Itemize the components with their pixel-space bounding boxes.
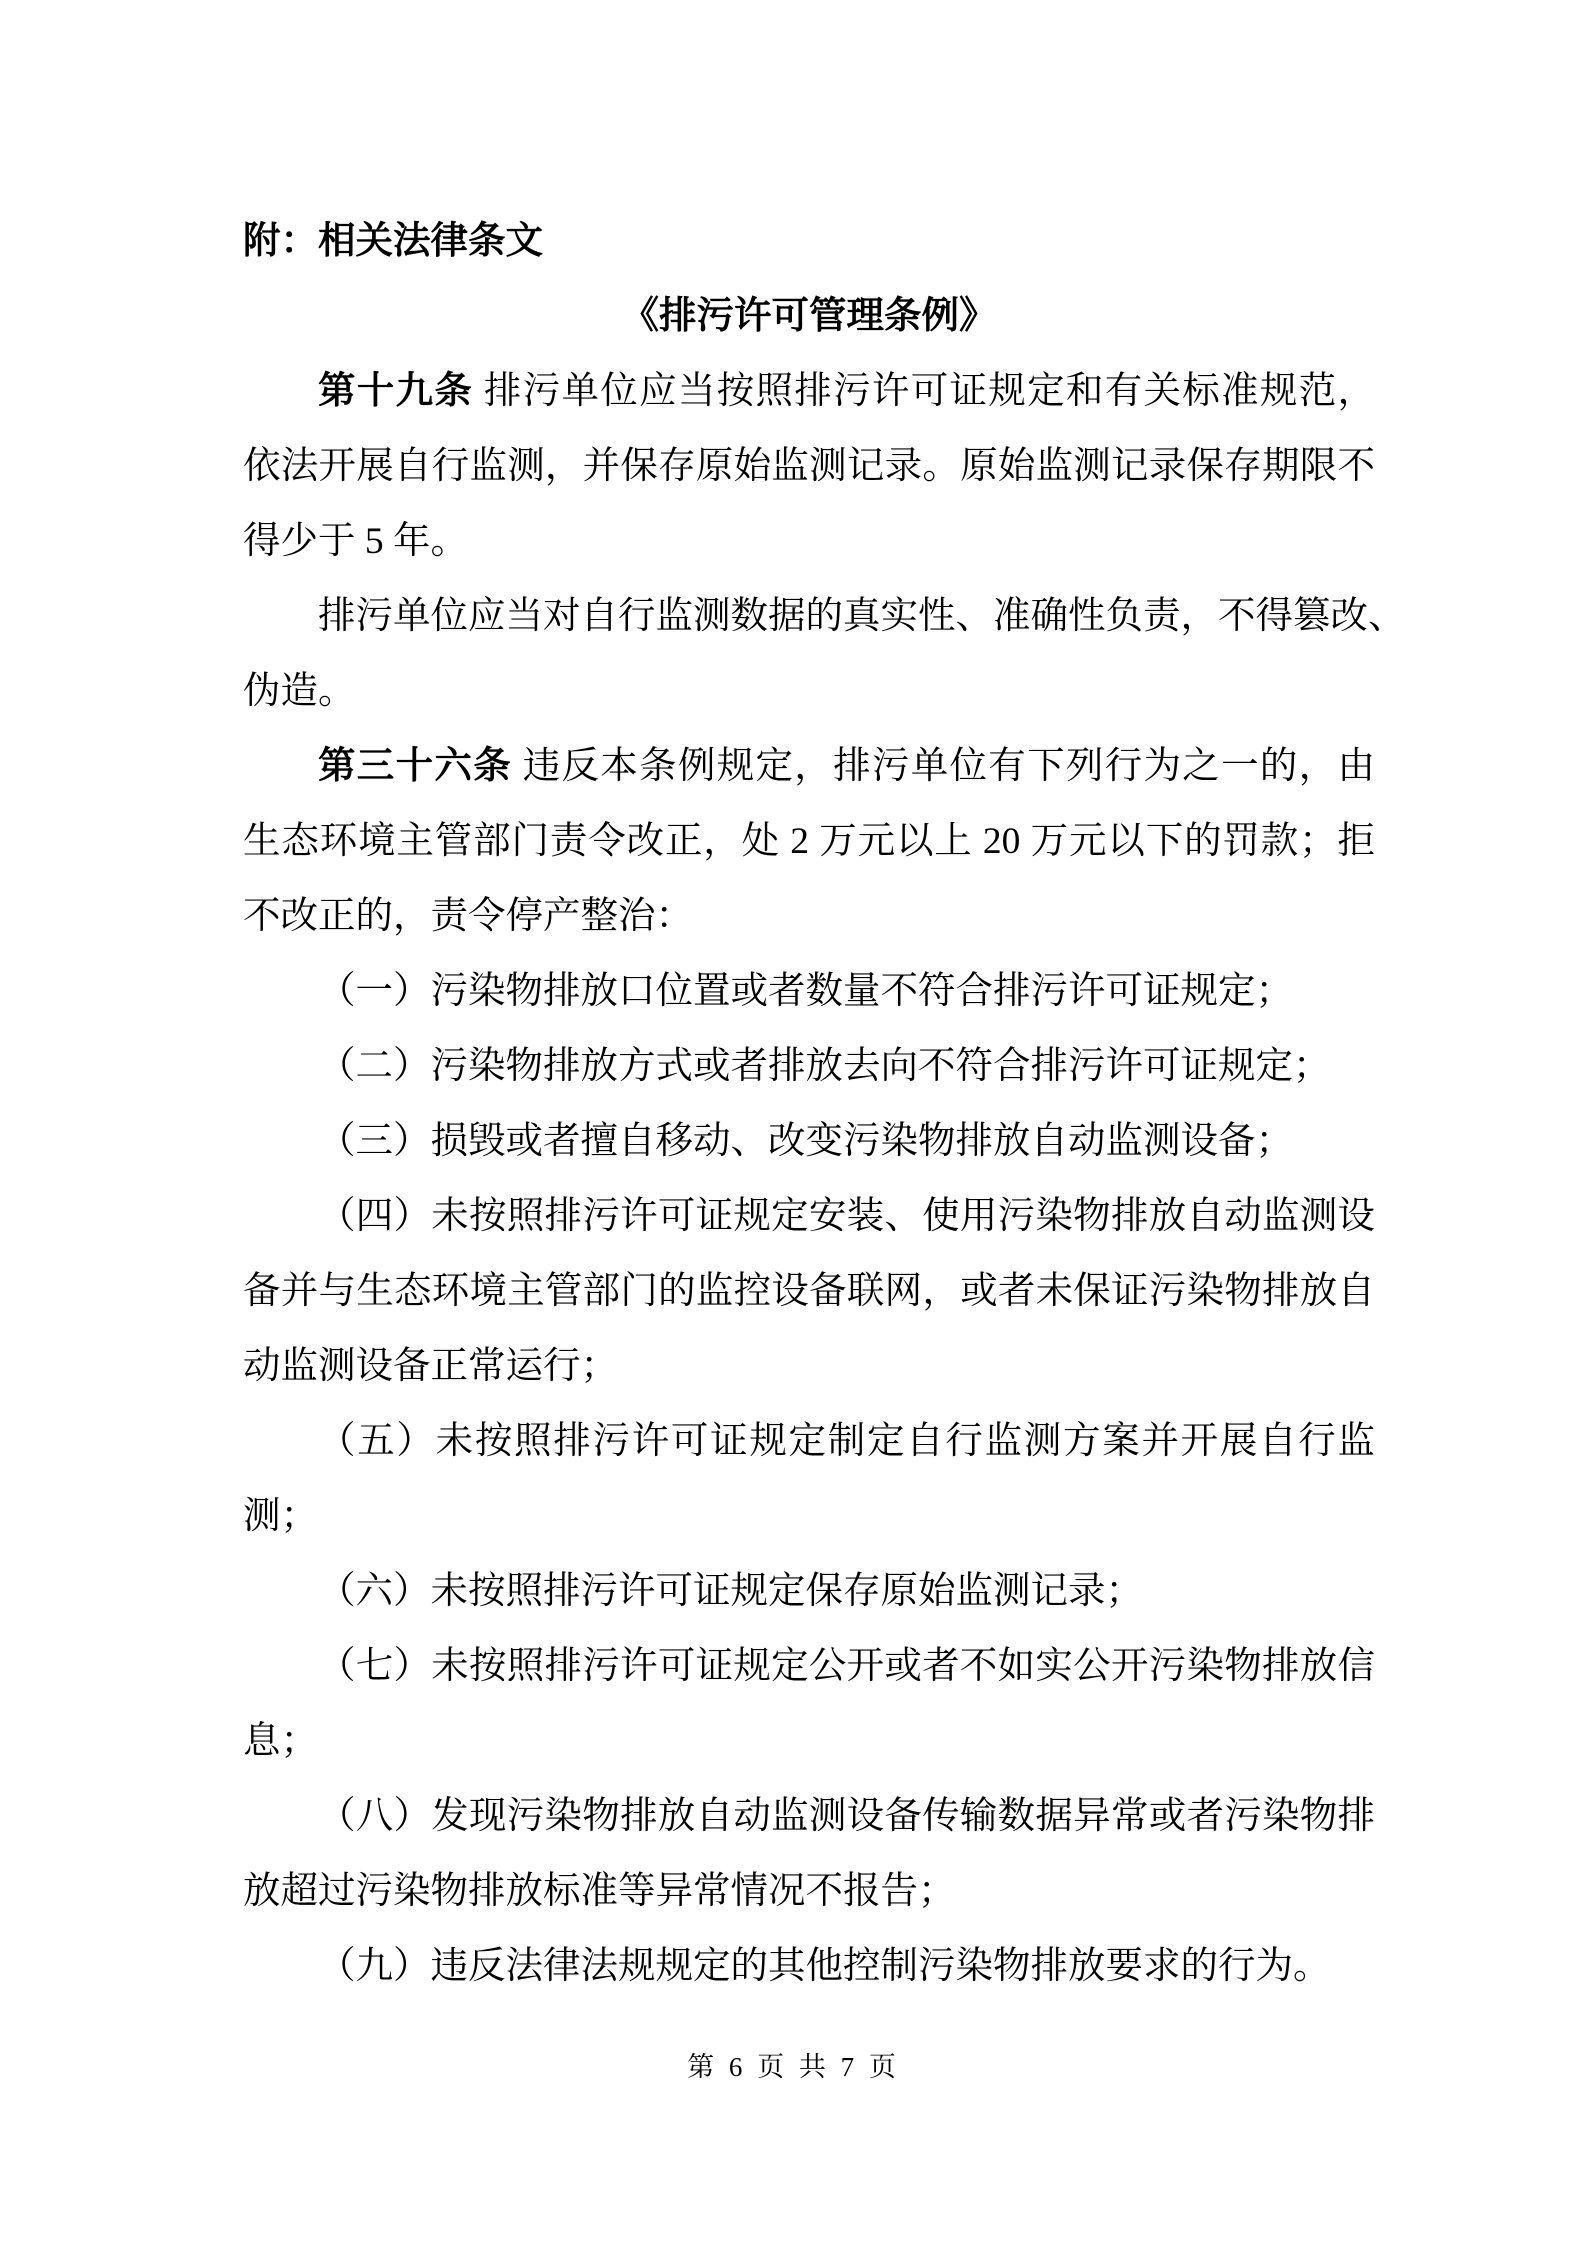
text-segment: （三）损毁或者擅自移动、改变污染物排放自动监测设备； bbox=[318, 1121, 1293, 1162]
text-line: （四）未按照排污许可证规定安装、使用污染物排放自动监测设 bbox=[243, 1179, 1375, 1254]
text-segment: （二）污染物排放方式或者排放去向不符合排污许可证规定； bbox=[318, 1046, 1331, 1087]
text-segment: （五）未按照排污许可证规定制定自行监测方案并开展自行监 bbox=[318, 1421, 1375, 1462]
article-number: 第十九条 bbox=[318, 371, 473, 412]
text-segment: （四）未按照排污许可证规定安装、使用污染物排放自动监测设 bbox=[318, 1196, 1375, 1237]
text-line: 测； bbox=[243, 1479, 1375, 1554]
text-segment: （九）违反法律法规规定的其他控制污染物排放要求的行为。 bbox=[318, 1946, 1331, 1987]
text-segment: （六）未按照排污许可证规定保存原始监测记录； bbox=[318, 1571, 1143, 1612]
text-segment: 测； bbox=[243, 1496, 318, 1537]
text-line: 动监测设备正常运行； bbox=[243, 1329, 1375, 1404]
document-body: 第十九条 排污单位应当按照排污许可证规定和有关标准规范，依法开展自行监测，并保存… bbox=[243, 354, 1375, 2004]
text-line: 生态环境主管部门责令改正，处 2 万元以上 20 万元以下的罚款；拒 bbox=[243, 804, 1375, 879]
text-segment: 息； bbox=[243, 1721, 318, 1762]
page-number-footer: 第 6 页 共 7 页 bbox=[0, 2046, 1587, 2088]
text-segment: 依法开展自行监测，并保存原始监测记录。原始监测记录保存期限不 bbox=[243, 446, 1375, 487]
text-line: 第三十六条 违反本条例规定，排污单位有下列行为之一的，由 bbox=[243, 729, 1375, 804]
text-segment: 违反本条例规定，排污单位有下列行为之一的，由 bbox=[512, 746, 1375, 787]
text-line: （七）未按照排污许可证规定公开或者不如实公开污染物排放信 bbox=[243, 1629, 1375, 1704]
document-page: 附：相关法律条文 《排污许可管理条例》 第十九条 排污单位应当按照排污许可证规定… bbox=[0, 0, 1587, 2245]
document-title: 《排污许可管理条例》 bbox=[243, 279, 1375, 354]
text-line: （一）污染物排放口位置或者数量不符合排污许可证规定； bbox=[243, 954, 1375, 1029]
text-line: （八）发现污染物排放自动监测设备传输数据异常或者污染物排 bbox=[243, 1779, 1375, 1854]
text-segment: 伪造。 bbox=[243, 671, 356, 712]
text-line: 息； bbox=[243, 1704, 1375, 1779]
text-line: 得少于 5 年。 bbox=[243, 504, 1375, 579]
text-segment: 得少于 5 年。 bbox=[243, 521, 468, 562]
document-content: 附：相关法律条文 《排污许可管理条例》 第十九条 排污单位应当按照排污许可证规定… bbox=[243, 204, 1375, 2004]
text-segment: 备并与生态环境主管部门的监控设备联网，或者未保证污染物排放自 bbox=[243, 1271, 1375, 1312]
text-line: 备并与生态环境主管部门的监控设备联网，或者未保证污染物排放自 bbox=[243, 1254, 1375, 1329]
text-line: （九）违反法律法规规定的其他控制污染物排放要求的行为。 bbox=[243, 1929, 1375, 2004]
text-line: 第十九条 排污单位应当按照排污许可证规定和有关标准规范， bbox=[243, 354, 1375, 429]
text-line: 排污单位应当对自行监测数据的真实性、准确性负责，不得篡改、 bbox=[243, 579, 1375, 654]
text-line: （二）污染物排放方式或者排放去向不符合排污许可证规定； bbox=[243, 1029, 1375, 1104]
text-line: （六）未按照排污许可证规定保存原始监测记录； bbox=[243, 1554, 1375, 1629]
text-line: 不改正的，责令停产整治： bbox=[243, 879, 1375, 954]
text-segment: （七）未按照排污许可证规定公开或者不如实公开污染物排放信 bbox=[318, 1646, 1375, 1687]
text-segment: （一）污染物排放口位置或者数量不符合排污许可证规定； bbox=[318, 971, 1293, 1012]
attachment-heading: 附：相关法律条文 bbox=[243, 204, 1375, 279]
text-line: 依法开展自行监测，并保存原始监测记录。原始监测记录保存期限不 bbox=[243, 429, 1375, 504]
text-segment: 不改正的，责令停产整治： bbox=[243, 896, 693, 937]
text-segment: （八）发现污染物排放自动监测设备传输数据异常或者污染物排 bbox=[318, 1796, 1375, 1837]
text-line: 放超过污染物排放标准等异常情况不报告； bbox=[243, 1854, 1375, 1929]
text-line: 伪造。 bbox=[243, 654, 1375, 729]
text-line: （三）损毁或者擅自移动、改变污染物排放自动监测设备； bbox=[243, 1104, 1375, 1179]
text-segment: 放超过污染物排放标准等异常情况不报告； bbox=[243, 1871, 956, 1912]
text-segment: 动监测设备正常运行； bbox=[243, 1346, 618, 1387]
text-segment: 排污单位应当按照排污许可证规定和有关标准规范， bbox=[473, 371, 1375, 412]
text-segment: 生态环境主管部门责令改正，处 2 万元以上 20 万元以下的罚款；拒 bbox=[243, 821, 1375, 862]
text-line: （五）未按照排污许可证规定制定自行监测方案并开展自行监 bbox=[243, 1404, 1375, 1479]
article-number: 第三十六条 bbox=[318, 746, 512, 787]
text-segment: 排污单位应当对自行监测数据的真实性、准确性负责，不得篡改、 bbox=[318, 596, 1406, 637]
